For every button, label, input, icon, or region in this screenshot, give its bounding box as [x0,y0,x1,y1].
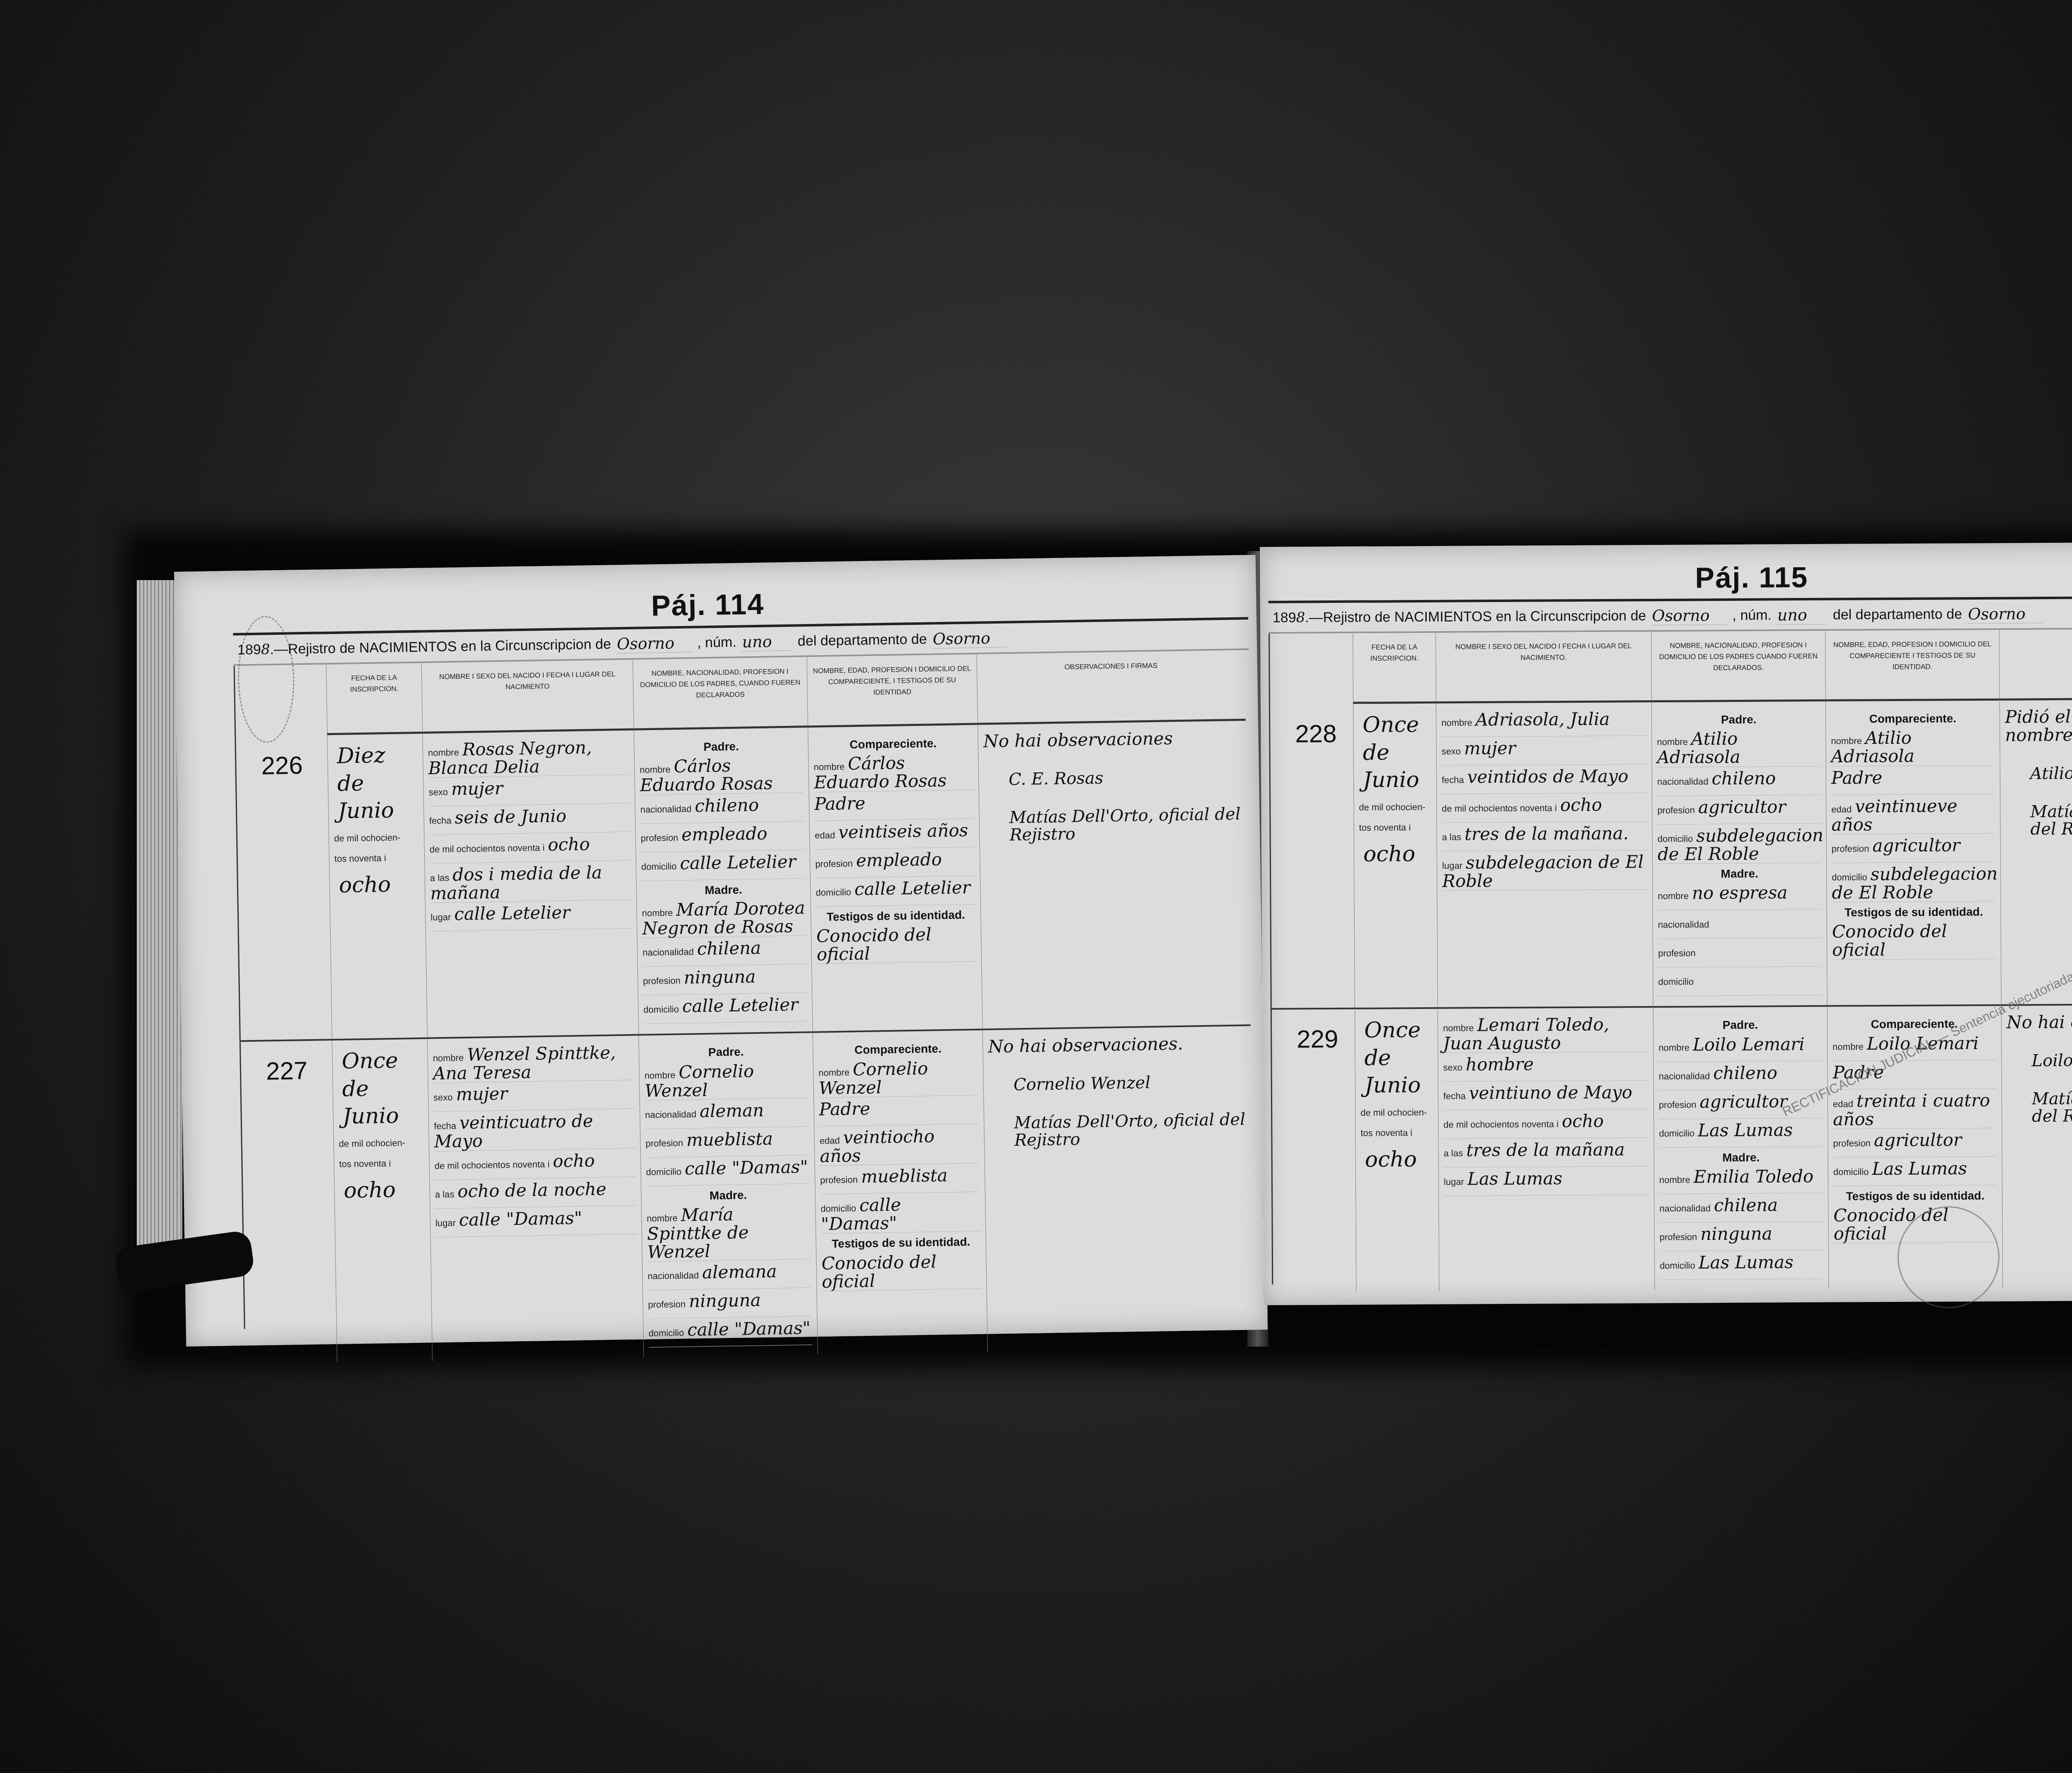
field-label: nombre [1657,737,1688,747]
section-label: Compareciente. [818,1042,978,1057]
field-label: fecha [1443,1091,1466,1101]
field-label: nacionalidad [642,947,694,958]
field: nombreMaría Spinttke de Wenzel [646,1204,811,1262]
field-label: sexo [433,1092,453,1103]
signature: Loilo Lemari [2031,1051,2072,1070]
field: domiciliocalle Letelier [816,878,975,907]
field-label: nacionalidad [1659,1071,1710,1081]
field: fechaseis de Junio [429,806,630,835]
child-info: nombreLemari Toledo, Juan Augustosexohom… [1438,1006,1655,1291]
field: nacionalidadchilena [642,938,806,967]
field-label: domicilio [1658,833,1693,844]
section-label: Madre. [1659,1151,1823,1163]
date-word: Junio [342,1104,424,1128]
field-value: empleado [681,823,767,844]
field-label: sexo [428,787,448,798]
departamento-value: Osorno [932,629,1007,648]
page-right: Páj. 115 1898.—Rejistro de NACIMIENTOS e… [1260,542,2072,1305]
field: sexohombre [1443,1055,1648,1082]
field-value: Cornelio Wenzel [644,1061,754,1101]
field: profesionninguna [1660,1224,1823,1251]
column-header: FECHA DE LA INSCRIPCION. [326,663,423,735]
field-label: lugar [431,912,451,923]
field-value: Emilia Toledo [1693,1166,1813,1187]
round-seal [1897,1206,1999,1309]
field-value: ocho [1560,795,1602,815]
field: edadveintinueve años [1831,796,1995,834]
field-value: ocho [548,834,590,855]
field-label: profesion [1660,1231,1697,1242]
field-value: calle Letelier [682,994,799,1016]
field: domicilio [1658,969,1822,996]
child-info: nombreWenzel Spinttke, Ana Teresasexomuj… [427,1034,644,1361]
field-label: profesion [1658,948,1696,958]
field: profesionmueblista [645,1129,809,1158]
field-value: veintinueve años [1831,796,1957,835]
field-label: profesion [648,1299,686,1310]
column-header: NOMBRE, EDAD, PROFESION I DOMICILIO DEL … [1825,630,1999,701]
signature: Atilio Adriasola [2030,764,2072,783]
field: nacionalidadchileno [640,795,804,824]
field-value: ocho [553,1150,595,1171]
num-value: uno [742,632,792,651]
field: nacionalidadchilena [1659,1196,1823,1223]
field-label: a las [1442,832,1462,842]
date-word: de [1363,741,1431,764]
field-value: aleman [700,1100,764,1121]
column-header: NOMBRE I SEXO DEL NACIDO I FECHA I LUGAR… [1435,632,1651,704]
field-label: fecha [1442,774,1464,785]
register-title: 1898.—Rejistro de NACIMIENTOS en la Circ… [1268,595,2072,633]
field-label: a las [435,1189,454,1200]
field-label: domicilio [1659,1128,1694,1138]
field-value: calle "Damas" [459,1207,582,1230]
field: profesionmueblista [820,1166,980,1195]
field-label: profesion [641,832,678,843]
field-label: edad [1833,1098,1853,1109]
field-value: ocho [1562,1111,1604,1132]
section-label: Testigos de su identidad. [816,908,975,923]
field: edadveintiseis años [815,821,975,849]
field-value: subdelegacion de El Roble [1832,863,1997,902]
register-table: FECHA DE LA INSCRIPCION.NOMBRE I SEXO DE… [234,650,1255,1329]
field-value: Loilo Lemari [1693,1034,1805,1055]
field: fechaveintidos de Mayo [1442,767,1647,794]
field-label: domicilio [641,861,677,872]
observation-text: Pidió el padre constara su nombre [2005,707,2072,745]
field-label: de mil ochocientos noventa i [1442,803,1557,813]
signature: Cornelio Wenzel [1013,1073,1247,1094]
field: nombreCornelio Wenzel [818,1058,978,1098]
parents-info: Padre.nombreAtilio Adriasolanacionalidad… [1651,701,1827,1006]
field: a lasocho de la noche [435,1179,636,1209]
field-label: a las [430,873,449,883]
column-header: NOMBRE, EDAD, PROFESION I DOMICILIO DEL … [806,655,978,728]
field-value: María Dorotea Negron de Rosas [642,897,805,939]
field: profesionninguna [643,967,807,995]
record-number: 229 [1272,1008,1356,1292]
departamento-value: Osorno [1968,605,2043,624]
date-word: ocho [1363,843,1432,866]
field-value: Lemari Toledo, Juan Augusto [1443,1014,1609,1054]
field: profesionninguna [648,1290,812,1319]
date-word: Junio [1363,769,1431,791]
section-label: Compareciente. [813,737,973,751]
field-value: Cárlos Eduardo Rosas [814,753,947,793]
field: Padre [819,1098,979,1126]
field-value: Conocido del oficial [1832,921,1947,960]
printed-label: tos noventa i [334,853,419,864]
field-label: sexo [1443,1062,1463,1073]
field-label: nombre [1443,1023,1474,1033]
field-label: nombre [644,1070,675,1081]
field: nombreno espresa [1658,883,1821,910]
field-label: profesion [815,858,853,869]
field-value: ninguna [1700,1223,1772,1244]
field: de mil ochocientos noventa iocho [434,1151,636,1180]
field-value: alemana [702,1261,777,1283]
field-label: domicilio [1832,872,1867,882]
column-header: FECHA DE LA INSCRIPCION. [1353,633,1436,704]
field: nombreMaría Dorotea Negron de Rosas [642,899,806,938]
field-value: empleado [856,849,942,871]
compareciente-info: Compareciente.nombreCárlos Eduardo Rosas… [808,725,982,1032]
field-label: nacionalidad [645,1109,697,1120]
field: nombreLoilo Lemari [1658,1035,1822,1062]
field-label: domicilio [1833,1166,1869,1177]
field-value: Adriasola, Julia [1476,709,1610,730]
section-label: Testigos de su identidad. [1833,1189,1997,1202]
child-info: nombreAdriasola, Juliasexomujerfechavein… [1436,702,1653,1007]
field: a lastres de la mañana. [1442,824,1647,851]
column-header: NOMBRE I SEXO DEL NACIDO I FECHA I LUGAR… [421,660,634,734]
field-value: agricultor [1699,1091,1787,1112]
section-label: Madre. [641,883,805,897]
field-label: profesion [643,975,680,986]
field: nacionalidadchileno [1657,769,1821,796]
field-label: nombre [1658,1042,1690,1052]
field-value: calle Letelier [454,902,571,924]
signature: Matías Dell'Orto, oficial del Rejistro [2030,802,2072,838]
field-value: Rosas Negron, Blanca Delia [428,737,592,778]
date-word: Junio [1365,1074,1433,1097]
printed-label: de mil ochocien- [1359,802,1431,812]
observations: Pidió el padre constara su nombreAtilio … [1999,699,2072,1004]
field-value: agricultor [1872,835,1960,856]
field: nacionalidad [1658,912,1822,939]
date-word: Once [1364,1019,1433,1042]
section-label: Compareciente. [1831,712,1995,725]
parents-info: Padre.nombreLoilo Lemarinacionalidadchil… [1653,1005,1829,1290]
field-label: profesion [1833,1138,1871,1148]
field-value: veintiocho años [820,1126,935,1166]
field: Padre [1831,768,1995,795]
section-label: Madre. [1658,867,1821,880]
field-value: subdelegacion de El Roble [1442,851,1644,891]
field: nombreRosas Negron, Blanca Delia [428,738,629,778]
field-label: nombre [428,747,459,758]
record-number: 226 [236,735,332,1040]
observations: No hai observacionesC. E. RosasMatías De… [978,721,1250,1028]
date-word: Diez [337,744,418,768]
date-word: de [337,771,419,795]
field: nacionalidadalemana [647,1262,811,1290]
field-value: Las Lumas [1699,1252,1794,1272]
field: lugarLas Lumas [1444,1169,1649,1196]
field: profesionagricultor [1657,797,1821,824]
field: profesionempleado [641,824,805,852]
printed-label: tos noventa i [1360,1128,1433,1138]
field-value: calle Letelier [680,851,796,873]
field-value: Atilio Adriasola [1657,728,1740,767]
date-word: de [342,1076,423,1101]
field: lugarcalle Letelier [431,902,632,932]
column-header: NOMBRE, NACIONALIDAD, PROFESION I DOMICI… [632,657,808,730]
section-label: Testigos de su identidad. [1832,906,1996,919]
field: sexomujer [1441,738,1646,766]
field-label: nombre [646,1213,678,1224]
field-label: lugar [1444,1177,1464,1187]
field: domiciliocalle Letelier [641,852,805,881]
field: profesion [1658,941,1822,968]
field-value: mueblista [861,1165,948,1187]
inscription-date: OncedeJuniode mil ochocien-tos noventa i… [1353,704,1438,1008]
field-value: tres de la mañana. [1464,823,1629,844]
field-value: tres de la mañana [1466,1139,1625,1161]
field-label: nacionalidad [1658,919,1709,930]
inscription-date: OncedeJuniode mil ochocien-tos noventa i… [332,1038,432,1363]
field-value: Las Lumas [1872,1158,1967,1179]
printed-label: tos noventa i [339,1158,424,1169]
date-word: Once [341,1049,423,1073]
field: nombreEmilia Toledo [1659,1167,1823,1194]
circunscripcion-value: Osorno [617,634,692,653]
num-value: uno [1777,605,1827,624]
field: de mil ochocientos noventa iocho [429,834,631,864]
field: domiciliosubdelegacion de El Roble [1658,826,1821,864]
field-value: mujer [1464,738,1516,759]
field-value: treinta i cuatro años [1833,1090,1990,1129]
field: nombreAdriasola, Julia [1441,710,1646,737]
field: edadveintiocho años [819,1126,979,1166]
field: Padre [814,792,974,821]
field-value: ocho de la noche [457,1178,607,1201]
child-info: nombreRosas Negron, Blanca Deliasexomuje… [422,730,638,1038]
date-word: Junio [338,799,419,823]
field-label: profesion [646,1138,683,1149]
field-label: de mil ochocientos noventa i [434,1159,549,1171]
section-label: Padre. [1657,713,1820,726]
field-label: edad [820,1135,840,1146]
field: domiciliocalle Letelier [643,995,807,1024]
field-value: subdelegacion de El Roble [1658,825,1823,864]
field-label: edad [815,830,835,841]
field-label: profesion [1832,843,1869,854]
field: nacionalidadchileno [1659,1063,1823,1090]
field-value: Las Lumas [1467,1168,1562,1189]
field-label: fecha [434,1121,456,1132]
field: nombreWenzel Spinttke, Ana Teresa [433,1043,634,1084]
field-label: profesion [1659,1099,1697,1110]
field-value: calle "Damas" [821,1195,901,1234]
field: a lastres de la mañana [1444,1140,1649,1168]
field-value: veintiuno de Mayo [1469,1082,1633,1103]
date-word: ocho [1365,1148,1433,1171]
field-value: no espresa [1692,883,1788,903]
field: sexomujer [433,1083,635,1112]
field: nombreCornelio Wenzel [644,1061,808,1101]
field-value: veinticuatro de Mayo [434,1111,593,1152]
field-value: Conocido del oficial [821,1251,937,1292]
field-label: profesion [820,1174,858,1185]
field-value: Cornelio Wenzel [818,1058,928,1098]
date-word: ocho [339,873,420,897]
observations: No hai observaciones.Cornelio WenzelMatí… [983,1024,1256,1352]
printed-label: de mil ochocien- [1360,1108,1433,1117]
field-value: chileno [695,794,759,815]
column-header-number [1270,634,1353,704]
field-value: dos i media de la mañana [430,862,602,904]
field-label: edad [1831,804,1852,814]
section-label: Testigos de su identidad. [821,1236,980,1250]
field-label: nacionalidad [1657,776,1709,787]
observation-text: No hai observaciones [2007,1012,2072,1032]
field-label: domicilio [1658,977,1694,987]
field: fechaveintiuno de Mayo [1443,1083,1648,1110]
signature: Matías Dell'Orto, oficial del Rejistro [1014,1111,1247,1149]
field-value: agricultor [1874,1130,1962,1150]
field: de mil ochocientos noventa iocho [1442,796,1647,823]
date-word: de [1364,1047,1433,1069]
field: profesionempleado [815,849,975,878]
field: domicilioLas Lumas [1833,1159,1997,1186]
field-label: sexo [1442,746,1461,756]
circunscripcion-value: Osorno [1652,606,1726,625]
field-value: Padre [819,1098,870,1120]
field-label: domicilio [816,887,851,897]
field-label: nombre [1441,717,1472,728]
field-value: agricultor [1698,796,1786,817]
field-value: mujer [451,778,503,799]
field-value: mueblista [686,1128,773,1150]
field-label: profesion [1657,805,1695,815]
compareciente-info: Compareciente.nombreCornelio WenzelPadre… [813,1029,988,1355]
field-value: seis de Junio [455,805,566,827]
field-value: Padre [814,793,866,814]
observation-text: No hai observaciones. [988,1034,1246,1056]
field-value: hombre [1466,1054,1534,1075]
inscription-date: DiezdeJuniode mil ochocien-tos noventa i… [327,734,427,1039]
field-value: veintidos de Mayo [1467,766,1629,787]
signature: C. E. Rosas [1009,767,1242,789]
field-value: chileno [1711,768,1776,789]
observation-text: No hai observaciones [983,728,1241,751]
field: nombreAtilio Adriasola [1831,728,1995,766]
field-label: nombre [1831,736,1862,746]
field-value: Conocido del oficial [816,924,932,964]
field: nombreLemari Toledo, Juan Augusto [1443,1015,1648,1053]
field-value: chilena [1714,1195,1778,1215]
register-table: FECHA DE LA INSCRIPCION.NOMBRE I SEXO DE… [1268,629,2072,1284]
field-value: calle "Damas" [687,1318,811,1340]
column-header: NOMBRE, NACIONALIDAD, PROFESION I DOMICI… [1651,631,1825,702]
field: domicilioLas Lumas [1660,1253,1823,1280]
field: edadtreinta i cuatro años [1833,1091,1997,1129]
page-left: Páj. 114 1898.—Rejistro de NACIMIENTOS e… [174,555,1268,1347]
field: Conocido del oficial [821,1252,981,1291]
field-value: mujer [456,1084,508,1105]
field: domiciliocalle "Damas" [649,1319,813,1347]
field-value: Padre [1831,767,1882,788]
date-word: ocho [344,1178,425,1202]
field: lugarsubdelegacion de El Roble [1442,853,1647,891]
field-value: Cárlos Eduardo Rosas [640,755,773,796]
parents-info: Padre.nombreCornelio Wenzelnacionalidada… [639,1031,818,1358]
field-label: fecha [429,815,451,826]
field-value: Wenzel Spinttke, Ana Teresa [433,1043,616,1084]
column-header-number [235,665,327,736]
field: profesionagricultor [1833,1130,1997,1157]
field-label: domicilio [821,1203,856,1214]
field-label: de mil ochocientos noventa i [1443,1119,1559,1130]
field: Conocido del oficial [1832,922,1996,960]
field-value: chileno [1713,1062,1777,1083]
field: nombreAtilio Adriasola [1657,729,1820,767]
field: domiciliocalle "Damas" [646,1158,810,1186]
field-label: domicilio [646,1166,682,1177]
field-label: domicilio [644,1004,679,1015]
field: domiciliosubdelegacion de El Roble [1832,864,1995,902]
field-value: chilena [697,938,761,959]
compareciente-info: Compareciente.nombreAtilio AdriasolaPadr… [1825,701,2001,1005]
field: domiciliocalle "Damas" [821,1195,980,1234]
field: domicilioLas Lumas [1659,1120,1823,1147]
field-label: nombre [818,1067,850,1078]
field-label: nombre [1659,1175,1690,1185]
page-number: Páj. 115 [1695,561,1808,594]
field-value: Atilio Adriasola [1831,728,1915,767]
field: de mil ochocientos noventa iocho [1443,1112,1648,1139]
field-label: nombre [642,907,673,918]
record-number: 227 [241,1039,337,1364]
column-header: OBSERVACIONES I FIRMAS [976,650,1246,725]
date-word: Once [1363,714,1431,736]
field-label: a las [1444,1148,1463,1159]
field-value: veintiseis años [838,820,968,842]
parents-info: Padre.nombreCárlos Eduardo Rosasnacional… [634,728,812,1034]
field: Conocido del oficial [816,925,976,964]
field-label: de mil ochocientos noventa i [429,842,545,854]
field-label: nacionalidad [648,1270,699,1282]
section-label: Madre. [646,1188,810,1203]
field-label: nombre [433,1052,464,1063]
field-value: ninguna [684,966,756,988]
field-label: nombre [639,764,670,775]
field: nombreCárlos Eduardo Rosas [813,753,973,792]
page-number: Páj. 114 [651,588,765,622]
field: fechaveinticuatro de Mayo [434,1111,635,1151]
field-label: lugar [436,1217,456,1228]
inscription-date: OncedeJuniode mil ochocien-tos noventa i… [1355,1007,1439,1292]
printed-label: tos noventa i [1359,822,1431,832]
field-value: Las Lumas [1698,1120,1793,1140]
field-label: nacionalidad [640,803,692,815]
column-header: OBSERVACIONES I FIRMAS [1999,629,2072,700]
field-label: nacionalidad [1659,1203,1711,1214]
field: profesionagricultor [1832,836,1995,863]
field: nombreCárlos Eduardo Rosas [639,756,804,795]
record-number: 228 [1270,704,1355,1008]
